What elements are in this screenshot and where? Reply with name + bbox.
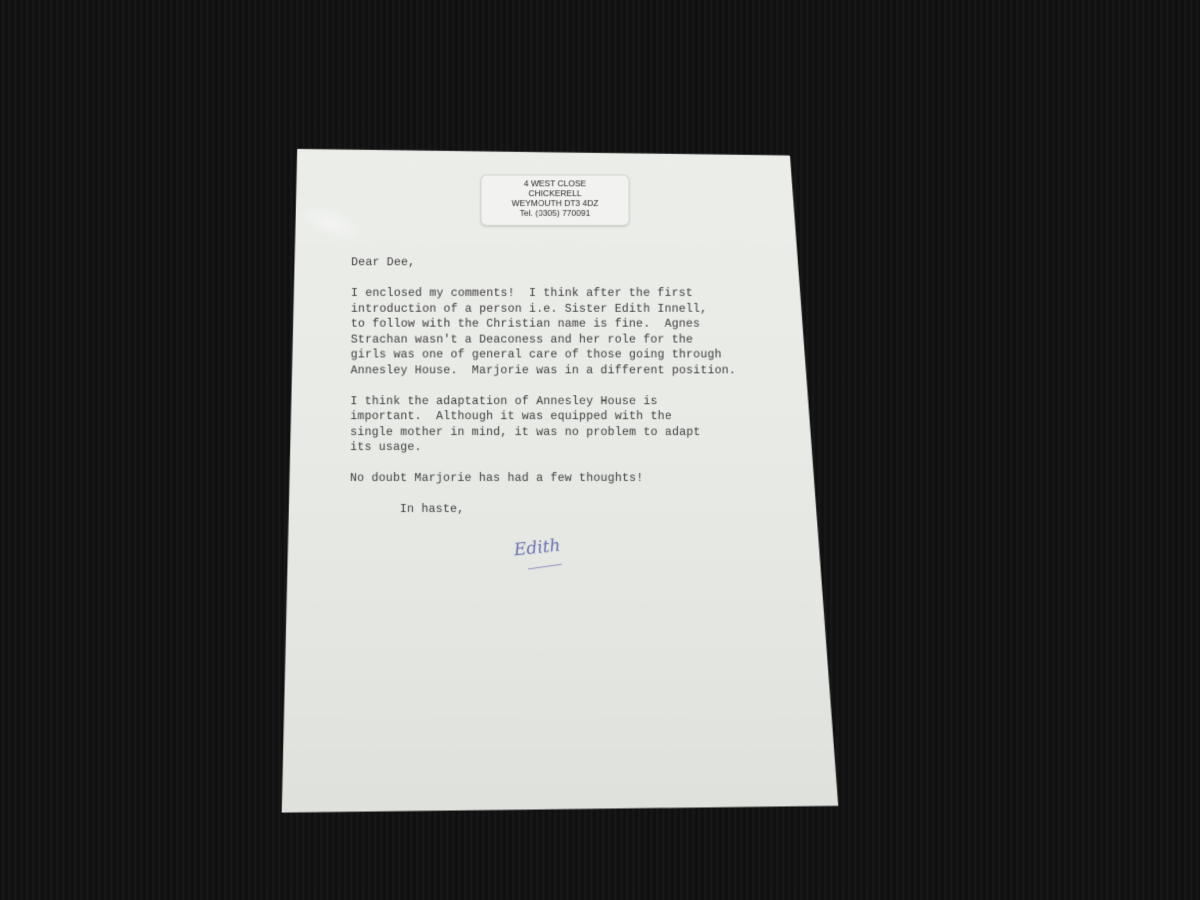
address-line-town: WEYMOUTH DT3 4DZ xyxy=(482,198,629,208)
paragraph-3: No doubt Marjorie has had a few thoughts… xyxy=(350,471,830,486)
letter-paper: 4 WEST CLOSE CHICKERELL WEYMOUTH DT3 4DZ… xyxy=(282,149,839,813)
greeting: Dear Dee, xyxy=(351,255,829,270)
paragraph-2: I think the adaptation of Annesley House… xyxy=(350,394,830,456)
address-line-village: CHICKERELL xyxy=(482,188,629,198)
letter-body: Dear Dee, I enclosed my comments! I thin… xyxy=(350,255,830,517)
signature-underline xyxy=(528,564,562,570)
address-label: 4 WEST CLOSE CHICKERELL WEYMOUTH DT3 4DZ… xyxy=(481,175,630,226)
text-line: introduction of a person i.e. Sister Edi… xyxy=(351,302,707,315)
text-line: I enclosed my comments! I think after th… xyxy=(351,287,693,300)
text-line: to follow with the Christian name is fin… xyxy=(351,318,700,331)
text-line: Annesley House. Marjorie was in a differ… xyxy=(351,364,737,377)
text-line: single mother in mind, it was no problem… xyxy=(350,426,700,439)
address-line-phone: Tel. (0305) 770091 xyxy=(482,208,629,218)
text-line: important. Although it was equipped with… xyxy=(350,410,672,423)
paper-crease xyxy=(293,197,369,248)
paragraph-1: I enclosed my comments! I think after th… xyxy=(351,286,830,378)
text-line: I think the adaptation of Annesley House… xyxy=(350,395,657,408)
signature: Edith xyxy=(513,536,561,561)
address-line-street: 4 WEST CLOSE xyxy=(482,178,629,188)
text-line: No doubt Marjorie has had a few thoughts… xyxy=(350,472,644,485)
text-line: Strachan wasn't a Deaconess and her role… xyxy=(351,333,693,346)
closing: In haste, xyxy=(350,502,830,518)
text-line: girls was one of general care of those g… xyxy=(351,348,722,361)
text-line: its usage. xyxy=(350,441,422,454)
